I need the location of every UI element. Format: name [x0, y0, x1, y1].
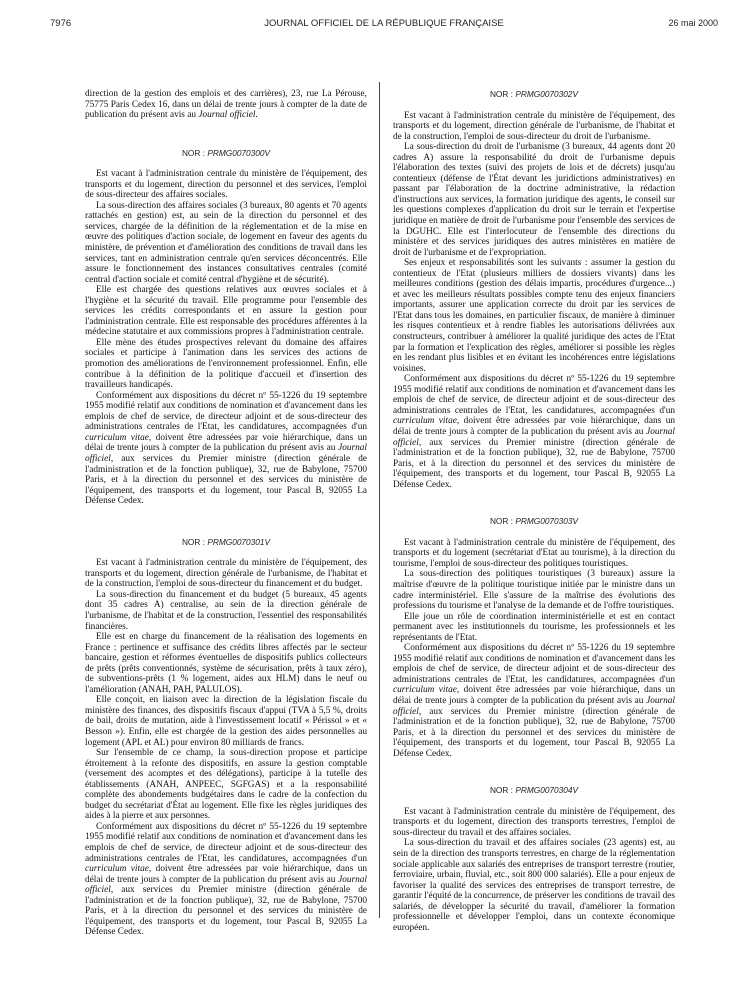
notice-prmg0070302v: NOR : PRMG0070302V Est vacant à l'admini…	[393, 89, 675, 490]
notice-paragraph: Est vacant à l'administration centrale d…	[393, 538, 675, 570]
nor-code: PRMG0070301V	[207, 537, 270, 547]
notice-paragraph: La sous-direction des politiques tourist…	[393, 569, 675, 611]
notice-paragraph: Elle joue un rôle de coordination interm…	[393, 612, 675, 644]
nor-heading: NOR : PRMG0070302V	[393, 89, 675, 100]
column-divider	[379, 82, 380, 918]
notice-prmg0070303v: NOR : PRMG0070303V Est vacant à l'admini…	[393, 516, 675, 759]
closing-paragraph: Conformément aux dispositions du décret …	[85, 391, 367, 507]
notice-paragraph: Est vacant à l'administration centrale d…	[85, 558, 367, 590]
page-header: 7976 JOURNAL OFFICIEL DE LA RÉPUBLIQUE F…	[50, 18, 718, 32]
notice-paragraph: La sous-direction du financement et du b…	[85, 590, 367, 632]
notice-paragraph: La sous-direction du droit de l'urbanism…	[393, 142, 675, 258]
notice-paragraph: Elle conçoit, en liaison avec la directi…	[85, 695, 367, 748]
notice-paragraph: Est vacant à l'administration centrale d…	[393, 111, 675, 143]
nor-code: PRMG0070303V	[515, 516, 578, 526]
nor-heading: NOR : PRMG0070301V	[85, 537, 367, 548]
notice-paragraph: Est vacant à l'administration centrale d…	[393, 807, 675, 839]
notice-paragraph: Est vacant à l'administration centrale d…	[85, 169, 367, 201]
notice-prmg0070301v: NOR : PRMG0070301V Est vacant à l'admini…	[85, 537, 367, 938]
closing-paragraph: Conformément aux dispositions du décret …	[393, 374, 675, 490]
nor-heading: NOR : PRMG0070304V	[393, 785, 675, 796]
notice-paragraph: La sous-direction du travail et des affa…	[393, 838, 675, 933]
issue-date: 26 mai 2000	[668, 18, 718, 28]
nor-heading: NOR : PRMG0070300V	[85, 148, 367, 159]
notice-paragraph: La sous-direction des affaires sociales …	[85, 201, 367, 285]
notice-prmg0070300v: NOR : PRMG0070300V Est vacant à l'admini…	[85, 148, 367, 507]
right-column: NOR : PRMG0070302V Est vacant à l'admini…	[393, 89, 675, 933]
nor-code: PRMG0070302V	[515, 89, 578, 99]
notice-paragraph: Elle est en charge du financement de la …	[85, 632, 367, 695]
notice-prmg0070304v: NOR : PRMG0070304V Est vacant à l'admini…	[393, 785, 675, 933]
closing-paragraph: Conformément aux dispositions du décret …	[85, 822, 367, 938]
notice-paragraph: Sur l'ensemble de ce champ, la sous-dire…	[85, 748, 367, 822]
closing-paragraph: Conformément aux dispositions du décret …	[393, 643, 675, 759]
notice-paragraph: Ses enjeux et responsabilités sont les s…	[393, 258, 675, 374]
journal-title: JOURNAL OFFICIEL DE LA RÉPUBLIQUE FRANÇA…	[50, 18, 718, 29]
notice-paragraph: Elle est chargée des questions relatives…	[85, 285, 367, 338]
left-column: direction de la gestion des emplois et d…	[85, 89, 367, 938]
notice-paragraph: Elle mène des études prospectives releva…	[85, 338, 367, 391]
continuation-paragraph: direction de la gestion des emplois et d…	[85, 89, 367, 121]
nor-code: PRMG0070304V	[515, 785, 578, 795]
nor-heading: NOR : PRMG0070303V	[393, 516, 675, 527]
nor-code: PRMG0070300V	[207, 148, 270, 158]
